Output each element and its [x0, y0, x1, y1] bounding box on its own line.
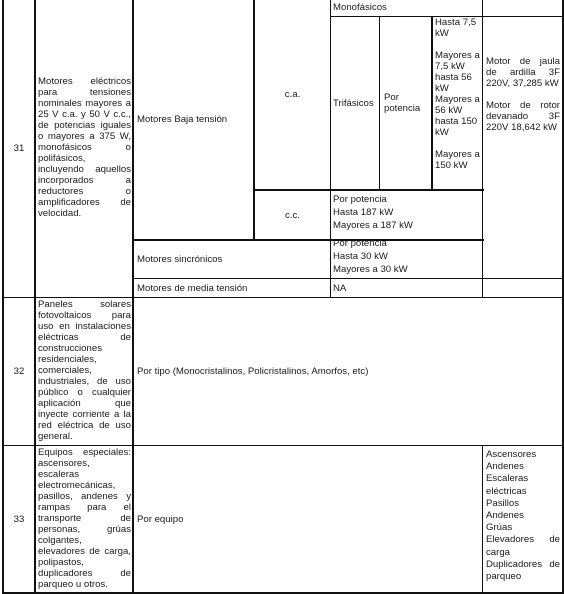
range-item: Mayores a 7,5 kW hasta 56 kW [435, 50, 481, 94]
col-divider-criterion [431, 16, 433, 189]
example-item: Elevadores de carga [486, 534, 560, 558]
phase-label: Trifásicos [333, 98, 379, 109]
example-item: Grúas [486, 522, 560, 534]
example-item: Motor de jaula de ardilla 3F 220V, 37,28… [486, 56, 560, 89]
current-type-label: c.c. [255, 210, 330, 221]
description-text: Equipos especiales: ascensores, escalera… [38, 447, 131, 590]
example-item: Duplicadores de parqueo [486, 559, 560, 583]
description-text: Motores eléctricos para tensiones nomina… [38, 76, 131, 219]
range-item: Hasta 30 kW [333, 250, 481, 263]
example-item: Pasillos [486, 498, 560, 510]
range-item: Mayores a 187 kW [333, 219, 481, 232]
examples-trifasicos: Motor de jaula de ardilla 3F 220V, 37,28… [486, 56, 560, 133]
row-number: 33 [4, 514, 34, 525]
range-item: Hasta 187 kW [333, 206, 481, 219]
current-type-cc: c.c. [255, 191, 330, 239]
current-type-label: c.a. [255, 89, 330, 100]
description-text: Paneles solares fotovoltaicos para uso e… [38, 299, 131, 442]
group-label: Motores de media tensión [137, 283, 327, 294]
row-number: 32 [4, 366, 34, 377]
criterion-sincronicos: Por potencia Hasta 30 kW Mayores a 30 kW [333, 237, 481, 277]
row-31-description: Motores eléctricos para tensiones nomina… [38, 0, 131, 297]
col-divider-examples [482, 0, 483, 298]
criterion-cc: Por potencia Hasta 187 kW Mayores a 187 … [333, 193, 481, 239]
col-divider-phase [379, 16, 380, 189]
row-33-description: Equipos especiales: ascensores, escalera… [38, 447, 131, 592]
col-divider-examples-33 [482, 445, 483, 594]
example-item: Andenes [486, 510, 560, 522]
current-type-ca: c.a. [255, 0, 330, 189]
group-label: Motores sincrónicos [137, 254, 327, 265]
example-item: Escaleras eléctricas [486, 473, 560, 497]
row-32-number: 32 [4, 298, 34, 445]
criterion-media-tension: NA [333, 279, 481, 297]
criterion-label: Por equipo [137, 514, 477, 525]
row-33-examples: Ascensores Andenes Escaleras eléctricas … [486, 449, 560, 583]
criterion-label: Por potencia [384, 92, 430, 114]
criterion-label: Por potencia [333, 193, 481, 206]
phase-monofasicos: Monofásicos [333, 2, 481, 16]
row-33-number: 33 [4, 446, 34, 592]
group-motores-media-tension: Motores de media tensión [137, 279, 327, 297]
group-motores-baja-tension: Motores Baja tensión [137, 0, 252, 239]
criterion-por-potencia-trifasicos: Por potencia [384, 17, 430, 189]
phase-trifasicos: Trifásicos [333, 17, 379, 189]
row-33-criterion: Por equipo [137, 446, 477, 592]
phase-label: Monofásicos [333, 2, 387, 13]
range-item: Mayores a 150 kW [435, 149, 481, 171]
example-item: Andenes [486, 461, 560, 473]
range-item: Mayores a 56 kW hasta 150 kW [435, 94, 481, 138]
col-divider-current [330, 0, 331, 298]
row-32-description: Paneles solares fotovoltaicos para uso e… [38, 299, 131, 445]
range-item: Hasta 7,5 kW [435, 17, 481, 39]
row-32-criterion: Por tipo (Monocristalinos, Policristalin… [137, 298, 477, 445]
criterion-label: NA [333, 283, 481, 294]
criterion-label: Por potencia [333, 237, 481, 250]
row-number: 31 [4, 143, 34, 154]
row-31-number: 31 [4, 0, 34, 297]
ranges-trifasicos: Hasta 7,5 kW Mayores a 7,5 kW hasta 56 k… [435, 17, 481, 189]
example-item: Ascensores [486, 449, 560, 461]
criterion-label: Por tipo (Monocristalinos, Policristalin… [137, 366, 477, 377]
range-item: Mayores a 30 kW [333, 263, 481, 276]
group-label: Motores Baja tensión [137, 114, 252, 125]
example-item: Motor de rotor devanado 3F 220V 18,642 k… [486, 100, 560, 133]
group-motores-sincronicos: Motores sincrónicos [137, 241, 327, 278]
